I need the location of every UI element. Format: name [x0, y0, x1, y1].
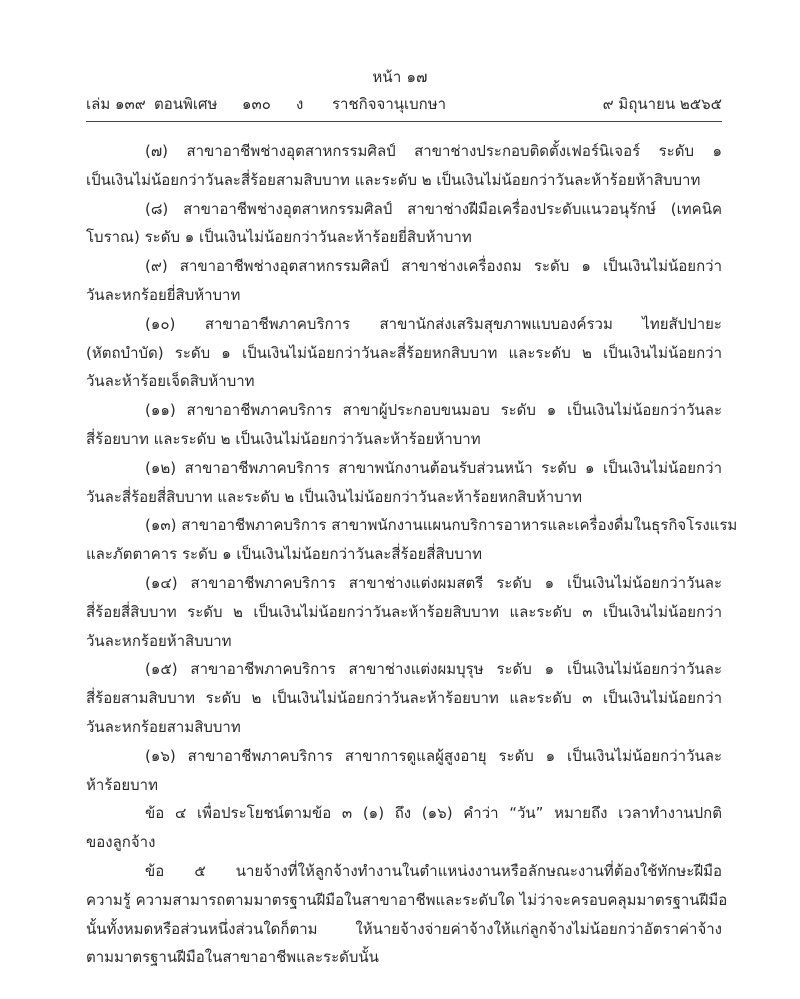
- document-line: ความรู้ ความสามารถตามมาตรฐานฝีมือในสาขาอ…: [86, 886, 722, 915]
- document-body: (๗) สาขาอาชีพช่างอุตสาหกรรมศิลป์ สาขาช่า…: [86, 137, 722, 972]
- document-line: (๑๖) สาขาอาชีพภาคบริการ สาขาการดูแลผู้สู…: [86, 742, 722, 771]
- document-line: สี่ร้อยสี่สิบบาท ระดับ ๒ เป็นเงินไม่น้อย…: [86, 598, 722, 627]
- issue-label: ตอนพิเศษ: [154, 92, 217, 116]
- document-line: ของลูกจ้าง: [86, 828, 722, 857]
- document-line: ห้าร้อยบาท: [86, 771, 722, 800]
- document-line: (๗) สาขาอาชีพช่างอุตสาหกรรมศิลป์ สาขาช่า…: [86, 137, 722, 166]
- issue-number: ๑๓๐: [242, 92, 271, 116]
- gazette-page: หน้า ๑๗ เล่ม ๑๓๙ ตอนพิเศษ ๑๓๐ ง ราชกิจจา…: [0, 0, 800, 999]
- document-line: (๑๐) สาขาอาชีพภาคบริการ สาขานักส่งเสริมส…: [86, 310, 722, 339]
- document-line: (๑๕) สาขาอาชีพภาคบริการ สาขาช่างแต่งผมบุ…: [86, 655, 722, 684]
- volume-number: เล่ม ๑๓๙: [86, 92, 146, 116]
- document-line: ข้อ ๕ นายจ้างที่ให้ลูกจ้างทำงานในตำแหน่ง…: [86, 857, 722, 886]
- document-line: (๙) สาขาอาชีพช่างอุตสาหกรรมศิลป์ สาขาช่า…: [86, 252, 722, 281]
- document-line: วันละสี่ร้อยสี่สิบบาท และระดับ ๒ เป็นเงิ…: [86, 483, 722, 512]
- document-line: และภัตตาคาร ระดับ ๑ เป็นเงินไม่น้อยกว่าว…: [86, 540, 722, 569]
- publication-date: ๙ มิถุนายน ๒๕๖๕: [603, 92, 722, 116]
- document-line: (หัตถบำบัด) ระดับ ๑ เป็นเงินไม่น้อยกว่าว…: [86, 339, 722, 368]
- section-letter: ง: [296, 92, 303, 116]
- document-line: (๘) สาขาอาชีพช่างอุตสาหกรรมศิลป์ สาขาช่า…: [86, 195, 722, 224]
- document-line: นั้นทั้งหมดหรือส่วนหนึ่งส่วนใดก็ตาม ให้น…: [86, 915, 722, 944]
- document-line: โบราณ) ระดับ ๑ เป็นเงินไม่น้อยกว่าวันละห…: [86, 223, 722, 252]
- header-divider: [86, 121, 722, 122]
- document-line: (๑๔) สาขาอาชีพภาคบริการ สาขาช่างแต่งผมสต…: [86, 569, 722, 598]
- document-line: ข้อ ๔ เพื่อประโยชน์ตามข้อ ๓ (๑) ถึง (๑๖)…: [86, 799, 722, 828]
- document-line: สี่ร้อยบาท และระดับ ๒ เป็นเงินไม่น้อยกว่…: [86, 425, 722, 454]
- document-line: (๑๑) สาขาอาชีพภาคบริการ สาขาผู้ประกอบขนม…: [86, 396, 722, 425]
- document-line: วันละหกร้อยห้าสิบบาท: [86, 627, 722, 656]
- gazette-header: เล่ม ๑๓๙ ตอนพิเศษ ๑๓๐ ง ราชกิจจานุเบกษา …: [86, 92, 722, 116]
- document-line: วันละห้าร้อยเจ็ดสิบห้าบาท: [86, 367, 722, 396]
- document-line: วันละหกร้อยสามสิบบาท: [86, 713, 722, 742]
- gazette-name: ราชกิจจานุเบกษา: [332, 92, 446, 116]
- document-line: วันละหกร้อยยี่สิบห้าบาท: [86, 281, 722, 310]
- document-line: สี่ร้อยสามสิบบาท ระดับ ๒ เป็นเงินไม่น้อย…: [86, 684, 722, 713]
- document-line: (๑๓) สาขาอาชีพภาคบริการ สาขาพนักงานแผนกบ…: [86, 511, 722, 540]
- page-number: หน้า ๑๗: [0, 66, 800, 88]
- document-line: ตามมาตรฐานฝีมือในสาขาอาชีพและระดับนั้น: [86, 943, 722, 972]
- document-line: (๑๒) สาขาอาชีพภาคบริการ สาขาพนักงานต้อนร…: [86, 454, 722, 483]
- document-line: เป็นเงินไม่น้อยกว่าวันละสี่ร้อยสามสิบบาท…: [86, 166, 722, 195]
